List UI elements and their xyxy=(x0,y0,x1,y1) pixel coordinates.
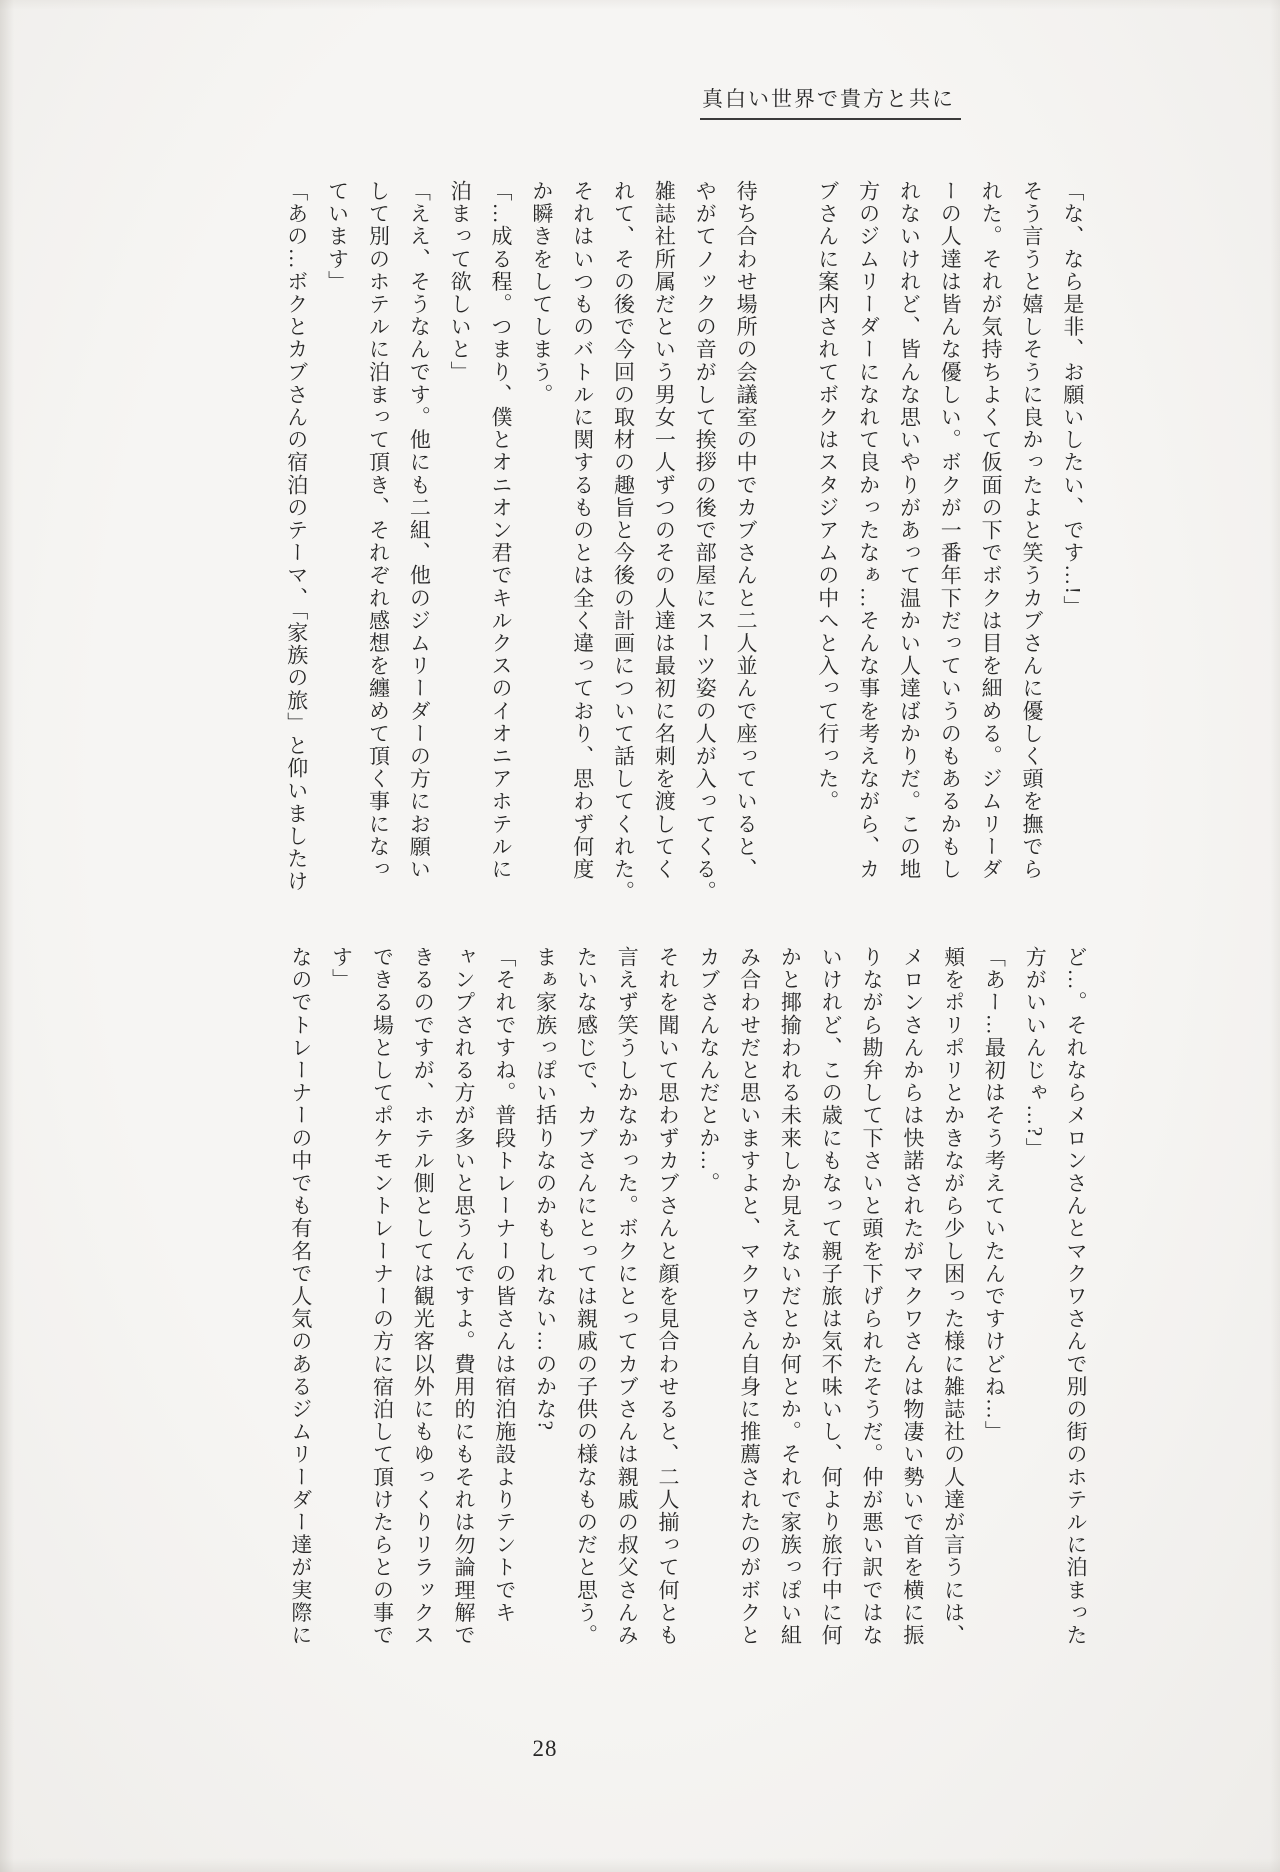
text-column: 「それですね。普段トレーナーの皆さんは宿泊施設よりテントでキ xyxy=(484,946,525,1624)
text-column: それはいつものバトルに関するものとは全く違っており、思わず何度 xyxy=(562,180,603,881)
text-column: 「あの…ボクとカブさんの宿泊のテーマ、「家族の旅」と仰いましたけ xyxy=(276,180,317,893)
text-column: ーの人達は皆んな優しい。ボクが一番年下だっていうのもあるかもし xyxy=(930,180,971,881)
text-column: ています」 xyxy=(317,180,358,293)
text-column: 言えず笑うしかなかった。ボクにとってカブさんは親戚の叔父さんみ xyxy=(606,946,647,1647)
text-column: カブさんなんだとか…。 xyxy=(688,946,729,1195)
text-block-bottom: ど…。それならメロンさんとマクワさんで別の街のホテルに泊まった方がいいんじゃ…?… xyxy=(283,946,1096,1688)
text-column: か瞬きをしてしまう。 xyxy=(521,180,562,406)
text-column: 泊まって欲しいと」 xyxy=(439,180,480,383)
text-column: み合わせだと思いますよと、マクワさん自身に推薦されたのがボクと xyxy=(729,946,770,1647)
text-column: できる場としてポケモントレーナーの方に宿泊して頂けたらとの事で xyxy=(362,946,403,1647)
text-column: ャンプされる方が多いと思うんですよ。費用的にもそれは勿論理解で xyxy=(443,946,484,1647)
text-column: きるのですが、ホテル側としては観光客以外にもゆっくりリラックス xyxy=(402,946,443,1647)
text-column: たいな感じで、カブさんにとっては親戚の子供の様なものだと思う。 xyxy=(566,946,607,1647)
text-column: 待ち合わせ場所の会議室の中でカブさんと二人並んで座っていると、 xyxy=(725,180,766,881)
text-column: ブさんに案内されてボクはスタジアムの中へと入って行った。 xyxy=(807,180,848,813)
text-column: 雑誌社所属だという男女一人ずつのその人達は最初に名刺を渡してく xyxy=(644,180,685,881)
text-column: りながら勘弁して下さいと頭を下げられたそうだ。仲が悪い訳ではな xyxy=(851,946,892,1647)
text-column: そう言うと嬉しそうに良かったよと笑うカブさんに優しく頭を撫でら xyxy=(1011,180,1052,881)
scanned-page: 真白い世界で貴方と共に 「な、なら是非、お願いしたい、です…!」そう言うと嬉しそ… xyxy=(0,0,1280,1872)
text-column: 方がいいんじゃ…?」 xyxy=(1014,946,1055,1160)
text-column: かと揶揄われる未来しか見えないだとか何とか。それで家族っぽい組 xyxy=(770,946,811,1647)
text-column: やがてノックの音がして挨拶の後で部屋にスーツ姿の人が入ってくる。 xyxy=(684,180,725,903)
text-column: 頬をポリポリとかきながら少し困った様に雑誌社の人達が言うには、 xyxy=(933,946,974,1647)
text-column: メロンさんからは快諾されたがマクワさんは物凄い勢いで首を横に振 xyxy=(892,946,933,1647)
page-header-title: 真白い世界で貴方と共に xyxy=(700,83,961,120)
text-column: 「な、なら是非、お願いしたい、です…!」 xyxy=(1052,180,1093,618)
text-column: れた。それが気持ちよくて仮面の下でボクは目を細める。ジムリーダ xyxy=(970,180,1011,881)
text-column: れて、その後で今回の取材の趣旨と今後の計画について話してくれた。 xyxy=(603,180,644,903)
text-column: 「ええ、そうなんです。他にも二組、他のジムリーダーの方にお願い xyxy=(399,180,440,881)
page-number: 28 xyxy=(500,1736,590,1762)
text-column: す」 xyxy=(321,946,362,991)
text-column: ど…。それならメロンさんとマクワさんで別の街のホテルに泊まった xyxy=(1055,946,1096,1647)
text-column: して別のホテルに泊まって頂き、それぞれ感想を纏めて頂く事になっ xyxy=(358,180,399,881)
text-column: 方のジムリーダーになれて良かったなぁ…そんな事を考えながら、カ xyxy=(848,180,889,881)
text-column: いけれど、この歳にもなって親子旅は気不味いし、何より旅行中に何 xyxy=(810,946,851,1647)
text-column: 「…成る程。つまり、僕とオニオン君でキルクスのイオニアホテルに xyxy=(480,180,521,881)
text-column: それを聞いて思わずカブさんと顔を見合わせると、二人揃って何とも xyxy=(647,946,688,1647)
text-column: まぁ家族っぽい括りなのかもしれない…のかな? xyxy=(525,946,566,1432)
text-column: なのでトレーナーの中でも有名で人気のあるジムリーダー達が実際に xyxy=(280,946,321,1647)
text-block-top: 「な、なら是非、お願いしたい、です…!」そう言うと嬉しそうに良かったよと笑うカブ… xyxy=(276,180,1093,922)
text-column: れないけれど、皆んな思いやりがあって温かい人達ばかりだ。この地 xyxy=(889,180,930,881)
text-column: 「あー…最初はそう考えていたんですけどね…」 xyxy=(974,946,1015,1443)
